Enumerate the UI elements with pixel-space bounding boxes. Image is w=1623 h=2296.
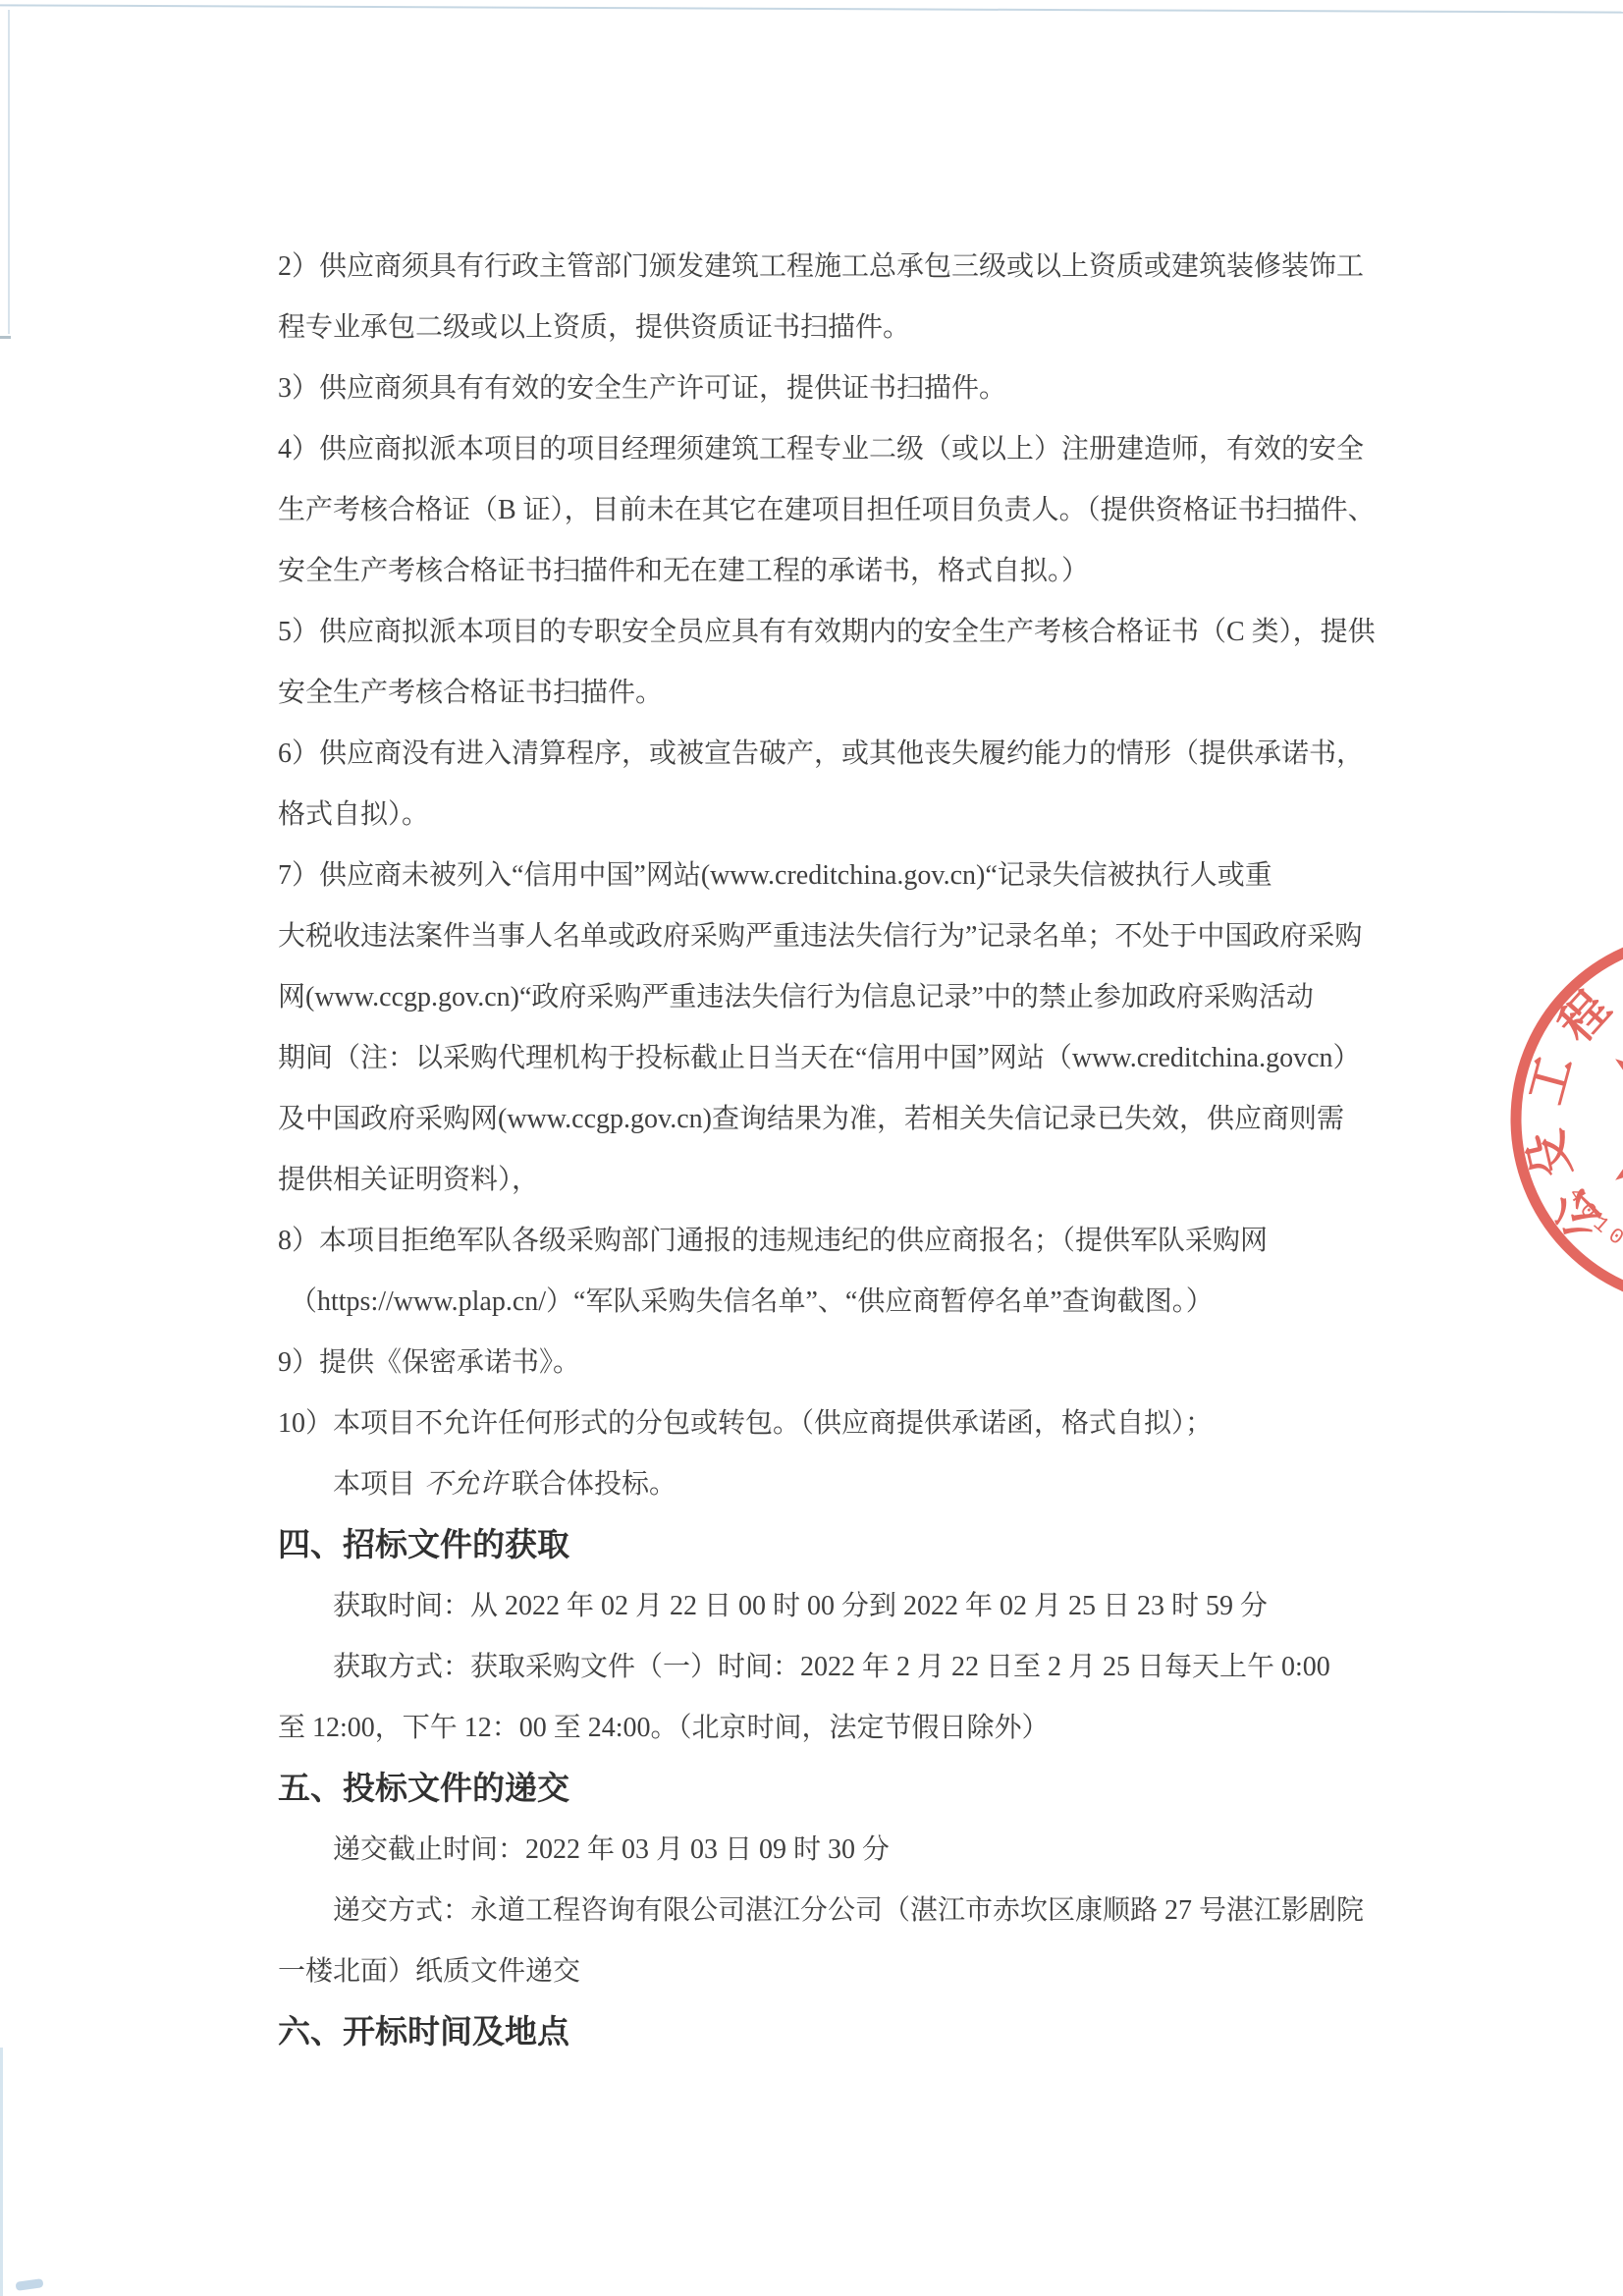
seal-ring-character: 殳 (1519, 1125, 1580, 1183)
seal-star (1615, 1021, 1623, 1218)
scan-artifact-speck (0, 336, 11, 339)
doc-line: 4）供应商拟派本项目的项目经理须建筑工程专业二级（或以上）注册建造师，有效的安全 (278, 419, 1382, 480)
italic-text-segment: 不允许 (424, 1469, 507, 1500)
doc-line: 期间（注：以采购代理机构于投标截止日当天在“信用中国”网站（www.credit… (278, 1028, 1382, 1089)
doc-line: 9）提供《保密承诺书》。 (278, 1333, 1382, 1394)
doc-line: 至 12:00，下午 12：00 至 24:00。（北京时间，法定节假日除外） (278, 1698, 1382, 1759)
doc-line: 获取时间：从 2022 年 02 月 22 日 00 时 00 分到 2022 … (278, 1576, 1382, 1637)
scanned-document-page: 2）供应商须具有行政主管部门颁发建筑工程施工总承包三级或以上资质或建筑装修装饰工… (0, 0, 1623, 2296)
doc-line: 安全生产考核合格证书扫描件。 (278, 663, 1382, 724)
section-heading-bid-opening: 六、开标时间及地点 (278, 2002, 1382, 2063)
section-heading-obtain-documents: 四、招标文件的获取 (278, 1515, 1382, 1576)
text-segment: 联合体投标。 (512, 1469, 676, 1500)
document-text-block: 2）供应商须具有行政主管部门颁发建筑工程施工总承包三级或以上资质或建筑装修装饰工… (278, 237, 1382, 2063)
doc-line: 生产考核合格证（B 证），目前未在其它在建项目担任项目负责人。（提供资格证书扫描… (278, 480, 1382, 541)
red-company-seal: 程 工 殳 公 401060 (1483, 903, 1623, 1336)
doc-line: （https://www.plap.cn/）“军队采购失信名单”、“供应商暂停名… (278, 1272, 1382, 1333)
doc-line: 提供相关证明资料）， (278, 1150, 1382, 1211)
doc-line: 安全生产考核合格证书扫描件和无在建工程的承诺书，格式自拟。） (278, 541, 1382, 602)
doc-line: 程专业承包二级或以上资质，提供资质证书扫描件。 (278, 298, 1382, 358)
scan-artifact-left-line (8, 10, 10, 334)
seal-ring (1516, 937, 1623, 1302)
doc-line: 递交方式：永道工程咨询有限公司湛江分公司（湛江市赤坎区康顺路 27 号湛江影剧院 (278, 1881, 1382, 1941)
doc-line: 大税收违法案件当事人名单或政府采购严重违法失信行为”记录名单；不处于中国政府采购 (278, 906, 1382, 967)
doc-line: 获取方式：获取采购文件（一）时间：2022 年 2 月 22 日至 2 月 25… (278, 1637, 1382, 1698)
doc-line: 3）供应商须具有有效的安全生产许可证，提供证书扫描件。 (278, 358, 1382, 419)
doc-line: 10）本项目不允许任何形式的分包或转包。（供应商提供承诺函，格式自拟）； (278, 1394, 1382, 1454)
scan-artifact-top-line (0, 4, 1623, 13)
section-heading-bid-submission: 五、投标文件的递交 (278, 1759, 1382, 1820)
doc-line: 递交截止时间：2022 年 03 月 03 日 09 时 30 分 (278, 1820, 1382, 1881)
doc-line: 8）本项目拒绝军队各级采购部门通报的违规违纪的供应商报名；（提供军队采购网 (278, 1211, 1382, 1272)
doc-line-no-joint-bidding: 本项目不允许联合体投标。 (278, 1454, 1382, 1515)
doc-line: 格式自拟）。 (278, 785, 1382, 846)
seal-ring-character: 工 (1520, 1051, 1583, 1110)
doc-line: 一楼北面）纸质文件递交 (278, 1941, 1382, 2002)
doc-line: 6）供应商没有进入清算程序，或被宣告破产，或其他丧失履约能力的情形（提供承诺书， (278, 724, 1382, 785)
doc-line: 2）供应商须具有行政主管部门颁发建筑工程施工总承包三级或以上资质或建筑装修装饰工 (278, 237, 1382, 298)
doc-line: 5）供应商拟派本项目的专职安全员应具有有效期内的安全生产考核合格证书（C 类），… (278, 602, 1382, 663)
doc-line: 7）供应商未被列入“信用中国”网站(www.creditchina.gov.cn… (278, 846, 1382, 906)
doc-line: 网(www.ccgp.gov.cn)“政府采购严重违法失信行为信息记录”中的禁止… (278, 967, 1382, 1028)
scan-artifact-bottom-strip (0, 2048, 3, 2296)
scan-artifact-corner-mark (16, 2278, 44, 2291)
text-segment: 本项目 (333, 1469, 415, 1500)
doc-line: 及中国政府采购网(www.ccgp.gov.cn)查询结果为准，若相关失信记录已… (278, 1089, 1382, 1150)
